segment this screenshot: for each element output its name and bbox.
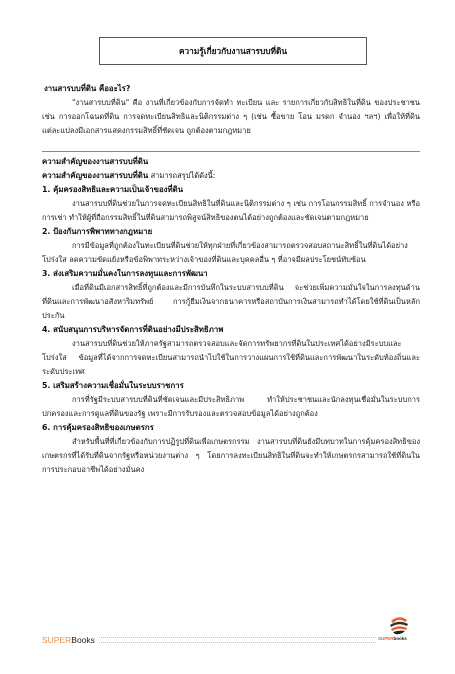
importance-summary: ความสำคัญของงานสารบบที่ดิน สามารถสรุปได้… [42,169,420,183]
item-6-text: สำหรับพื้นที่ที่เกี่ยวข้องกับการปฏิรูปที… [42,437,420,474]
intro-text: "งานสารบบที่ดิน" คือ งานที่เกี่ยวข้องกับ… [42,98,420,135]
logo-text-books: books [394,636,407,641]
item-4-title: 4. สนับสนุนการบริหารจัดการที่ดินอย่างมีป… [42,323,420,337]
page-footer: SUPERBooks [42,633,420,647]
item-4-body: งานสารบบที่ดินช่วยให้ภาครัฐสามารถตรวจสอบ… [42,337,420,379]
item-6-title: 6. การคุ้มครองสิทธิของเกษตรกร [42,421,420,435]
superbooks-logo-icon [375,615,423,647]
item-1-body: งานสารบบที่ดินช่วยในการจดทะเบียนสิทธิในท… [42,197,420,225]
document-body: งานสารบบที่ดิน คืออะไร? "งานสารบบที่ดิน"… [42,82,420,477]
item-1-text: งานสารบบที่ดินช่วยในการจดทะเบียนสิทธิในท… [42,199,420,222]
item-5-title: 5. เสริมสร้างความเชื่อมั่นในระบบราชการ [42,379,420,393]
item-2-body: การมีข้อมูลที่ถูกต้องในทะเบียนที่ดินช่วย… [42,239,420,267]
intro-heading: งานสารบบที่ดิน คืออะไร? [44,82,420,96]
page-title: ความรู้เกี่ยวกับงานสารบบที่ดิน [99,37,367,65]
footer-brand-books: Books [71,635,95,645]
section-divider [42,151,420,152]
item-4-text: งานสารบบที่ดินช่วยให้ภาครัฐสามารถตรวจสอบ… [42,339,420,376]
importance-heading: ความสำคัญของงานสารบบที่ดิน [42,155,420,169]
item-3-text: เมื่อที่ดินมีเอกสารสิทธิ์ที่ถูกต้องและมี… [42,283,420,320]
logo-text: SUPERbooks [378,636,407,641]
importance-summary-bold: ความสำคัญของงานสารบบที่ดิน [42,171,148,180]
intro-paragraph: "งานสารบบที่ดิน" คือ งานที่เกี่ยวข้องกับ… [42,96,420,138]
item-5-text: การที่รัฐมีระบบสารบบที่ดินที่ชัดเจนและมี… [42,395,420,418]
document-page: ความรู้เกี่ยวกับงานสารบบที่ดิน งานสารบบท… [0,0,455,674]
item-6-body: สำหรับพื้นที่ที่เกี่ยวข้องกับการปฏิรูปที… [42,435,420,477]
footer-rule [99,637,376,643]
item-3-title: 3. ส่งเสริมความมั่นคงในการลงทุนและการพัฒ… [42,267,420,281]
item-3-body: เมื่อที่ดินมีเอกสารสิทธิ์ที่ถูกต้องและมี… [42,281,420,323]
item-2-text: การมีข้อมูลที่ถูกต้องในทะเบียนที่ดินช่วย… [42,241,408,264]
item-1-title: 1. คุ้มครองสิทธิและความเป็นเจ้าของที่ดิน [42,183,420,197]
logo-text-super: SUPER [378,636,394,641]
footer-brand: SUPERBooks [42,635,95,645]
footer-brand-super: SUPER [42,635,71,645]
importance-summary-rest: สามารถสรุปได้ดังนี้: [148,171,215,180]
item-5-body: การที่รัฐมีระบบสารบบที่ดินที่ชัดเจนและมี… [42,393,420,421]
item-2-title: 2. ป้องกันการพิพาททางกฎหมาย [42,225,420,239]
